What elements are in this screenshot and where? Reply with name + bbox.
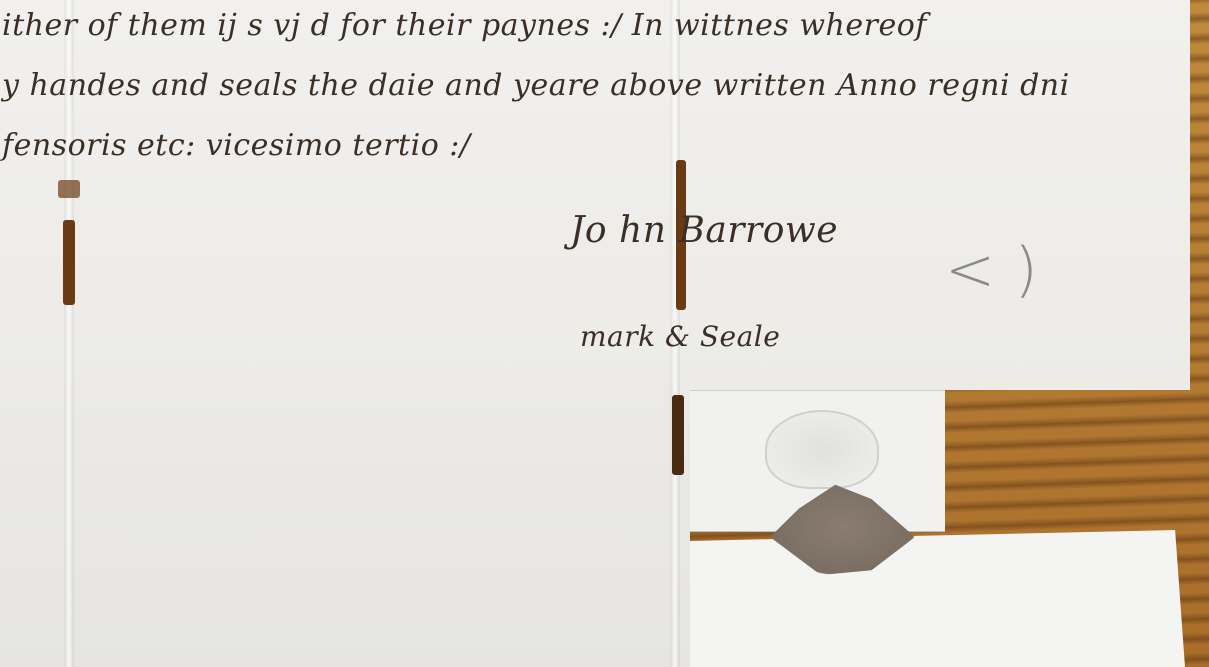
signature-name: Jo hn Barrowe	[570, 210, 838, 251]
text-line-1: ither of them ij s vj d for their paynes…	[2, 8, 927, 43]
text-line-3: fensoris etc: vicesimo tertio :/	[2, 128, 471, 163]
signature-mark-label: mark & Seale	[580, 320, 780, 353]
tear-stain-flap	[672, 395, 684, 475]
pencil-annotation: < )	[945, 235, 1038, 305]
tear-stain-left	[63, 220, 75, 305]
text-line-2: y handes and seals the daie and yeare ab…	[2, 68, 1070, 103]
folded-paper-tag	[690, 530, 1185, 667]
seal-impression	[765, 410, 879, 489]
document-paper-lower	[0, 380, 690, 667]
tear-stain-left-top	[58, 180, 80, 198]
